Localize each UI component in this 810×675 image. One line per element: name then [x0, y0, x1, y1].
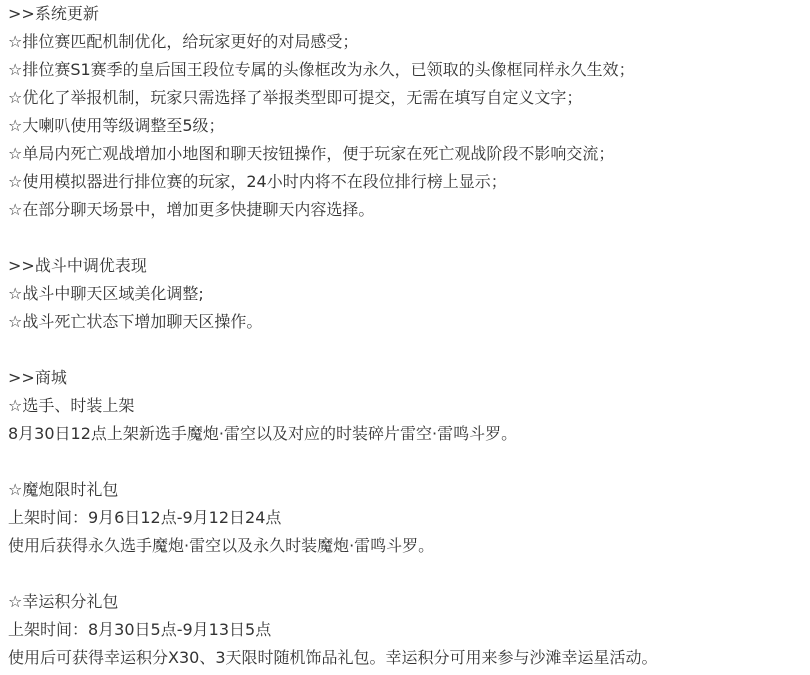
patch-note-line: ☆大喇叭使用等级调整至5级； — [8, 112, 804, 140]
patch-note-line: ☆优化了举报机制，玩家只需选择了举报类型即可提交，无需在填写自定义文字； — [8, 84, 804, 112]
patch-note-line: ☆在部分聊天场景中，增加更多快捷聊天内容选择。 — [8, 196, 804, 224]
patch-note-line: ☆排位赛匹配机制优化，给玩家更好的对局感受； — [8, 28, 804, 56]
patch-note-line: ☆单局内死亡观战增加小地图和聊天按钮操作，便于玩家在死亡观战阶段不影响交流； — [8, 140, 804, 168]
pack-title: ☆魔炮限时礼包 — [8, 476, 804, 504]
section-magic-cannon-limited-pack: ☆魔炮限时礼包 上架时间：9月6日12点-9月12日24点 使用后获得永久选手魔… — [8, 476, 804, 560]
section-shop: >>商城 ☆选手、时装上架 8月30日12点上架新选手魔炮·雷空以及对应的时装碎… — [8, 364, 804, 448]
patch-note-line: ☆战斗中聊天区域美化调整; — [8, 280, 804, 308]
pack-description: 使用后获得永久选手魔炮·雷空以及永久时装魔炮·雷鸣斗罗。 — [8, 532, 804, 560]
patch-note-line: 8月30日12点上架新选手魔炮·雷空以及对应的时装碎片雷空·雷鸣斗罗。 — [8, 420, 804, 448]
pack-availability: 上架时间：8月30日5点-9月13日5点 — [8, 616, 804, 644]
section-heading: >>商城 — [8, 364, 804, 392]
section-heading: >>系统更新 — [8, 0, 804, 28]
patch-note-line: ☆排位赛S1赛季的皇后国王段位专属的头像框改为永久，已领取的头像框同样永久生效； — [8, 56, 804, 84]
patch-notes-document: >>系统更新 ☆排位赛匹配机制优化，给玩家更好的对局感受； ☆排位赛S1赛季的皇… — [0, 0, 810, 675]
section-heading: >>战斗中调优表现 — [8, 252, 804, 280]
pack-title: ☆幸运积分礼包 — [8, 588, 804, 616]
patch-note-line: ☆战斗死亡状态下增加聊天区操作。 — [8, 308, 804, 336]
section-system-update: >>系统更新 ☆排位赛匹配机制优化，给玩家更好的对局感受； ☆排位赛S1赛季的皇… — [8, 0, 804, 224]
pack-availability: 上架时间：9月6日12点-9月12日24点 — [8, 504, 804, 532]
patch-note-line: ☆选手、时装上架 — [8, 392, 804, 420]
patch-note-line: ☆使用模拟器进行排位赛的玩家，24小时内将不在段位排行榜上显示； — [8, 168, 804, 196]
section-battle-tuning: >>战斗中调优表现 ☆战斗中聊天区域美化调整; ☆战斗死亡状态下增加聊天区操作。 — [8, 252, 804, 336]
section-lucky-points-pack: ☆幸运积分礼包 上架时间：8月30日5点-9月13日5点 使用后可获得幸运积分X… — [8, 588, 804, 672]
pack-description: 使用后可获得幸运积分X30、3天限时随机饰品礼包。幸运积分可用来参与沙滩幸运星活… — [8, 644, 804, 672]
